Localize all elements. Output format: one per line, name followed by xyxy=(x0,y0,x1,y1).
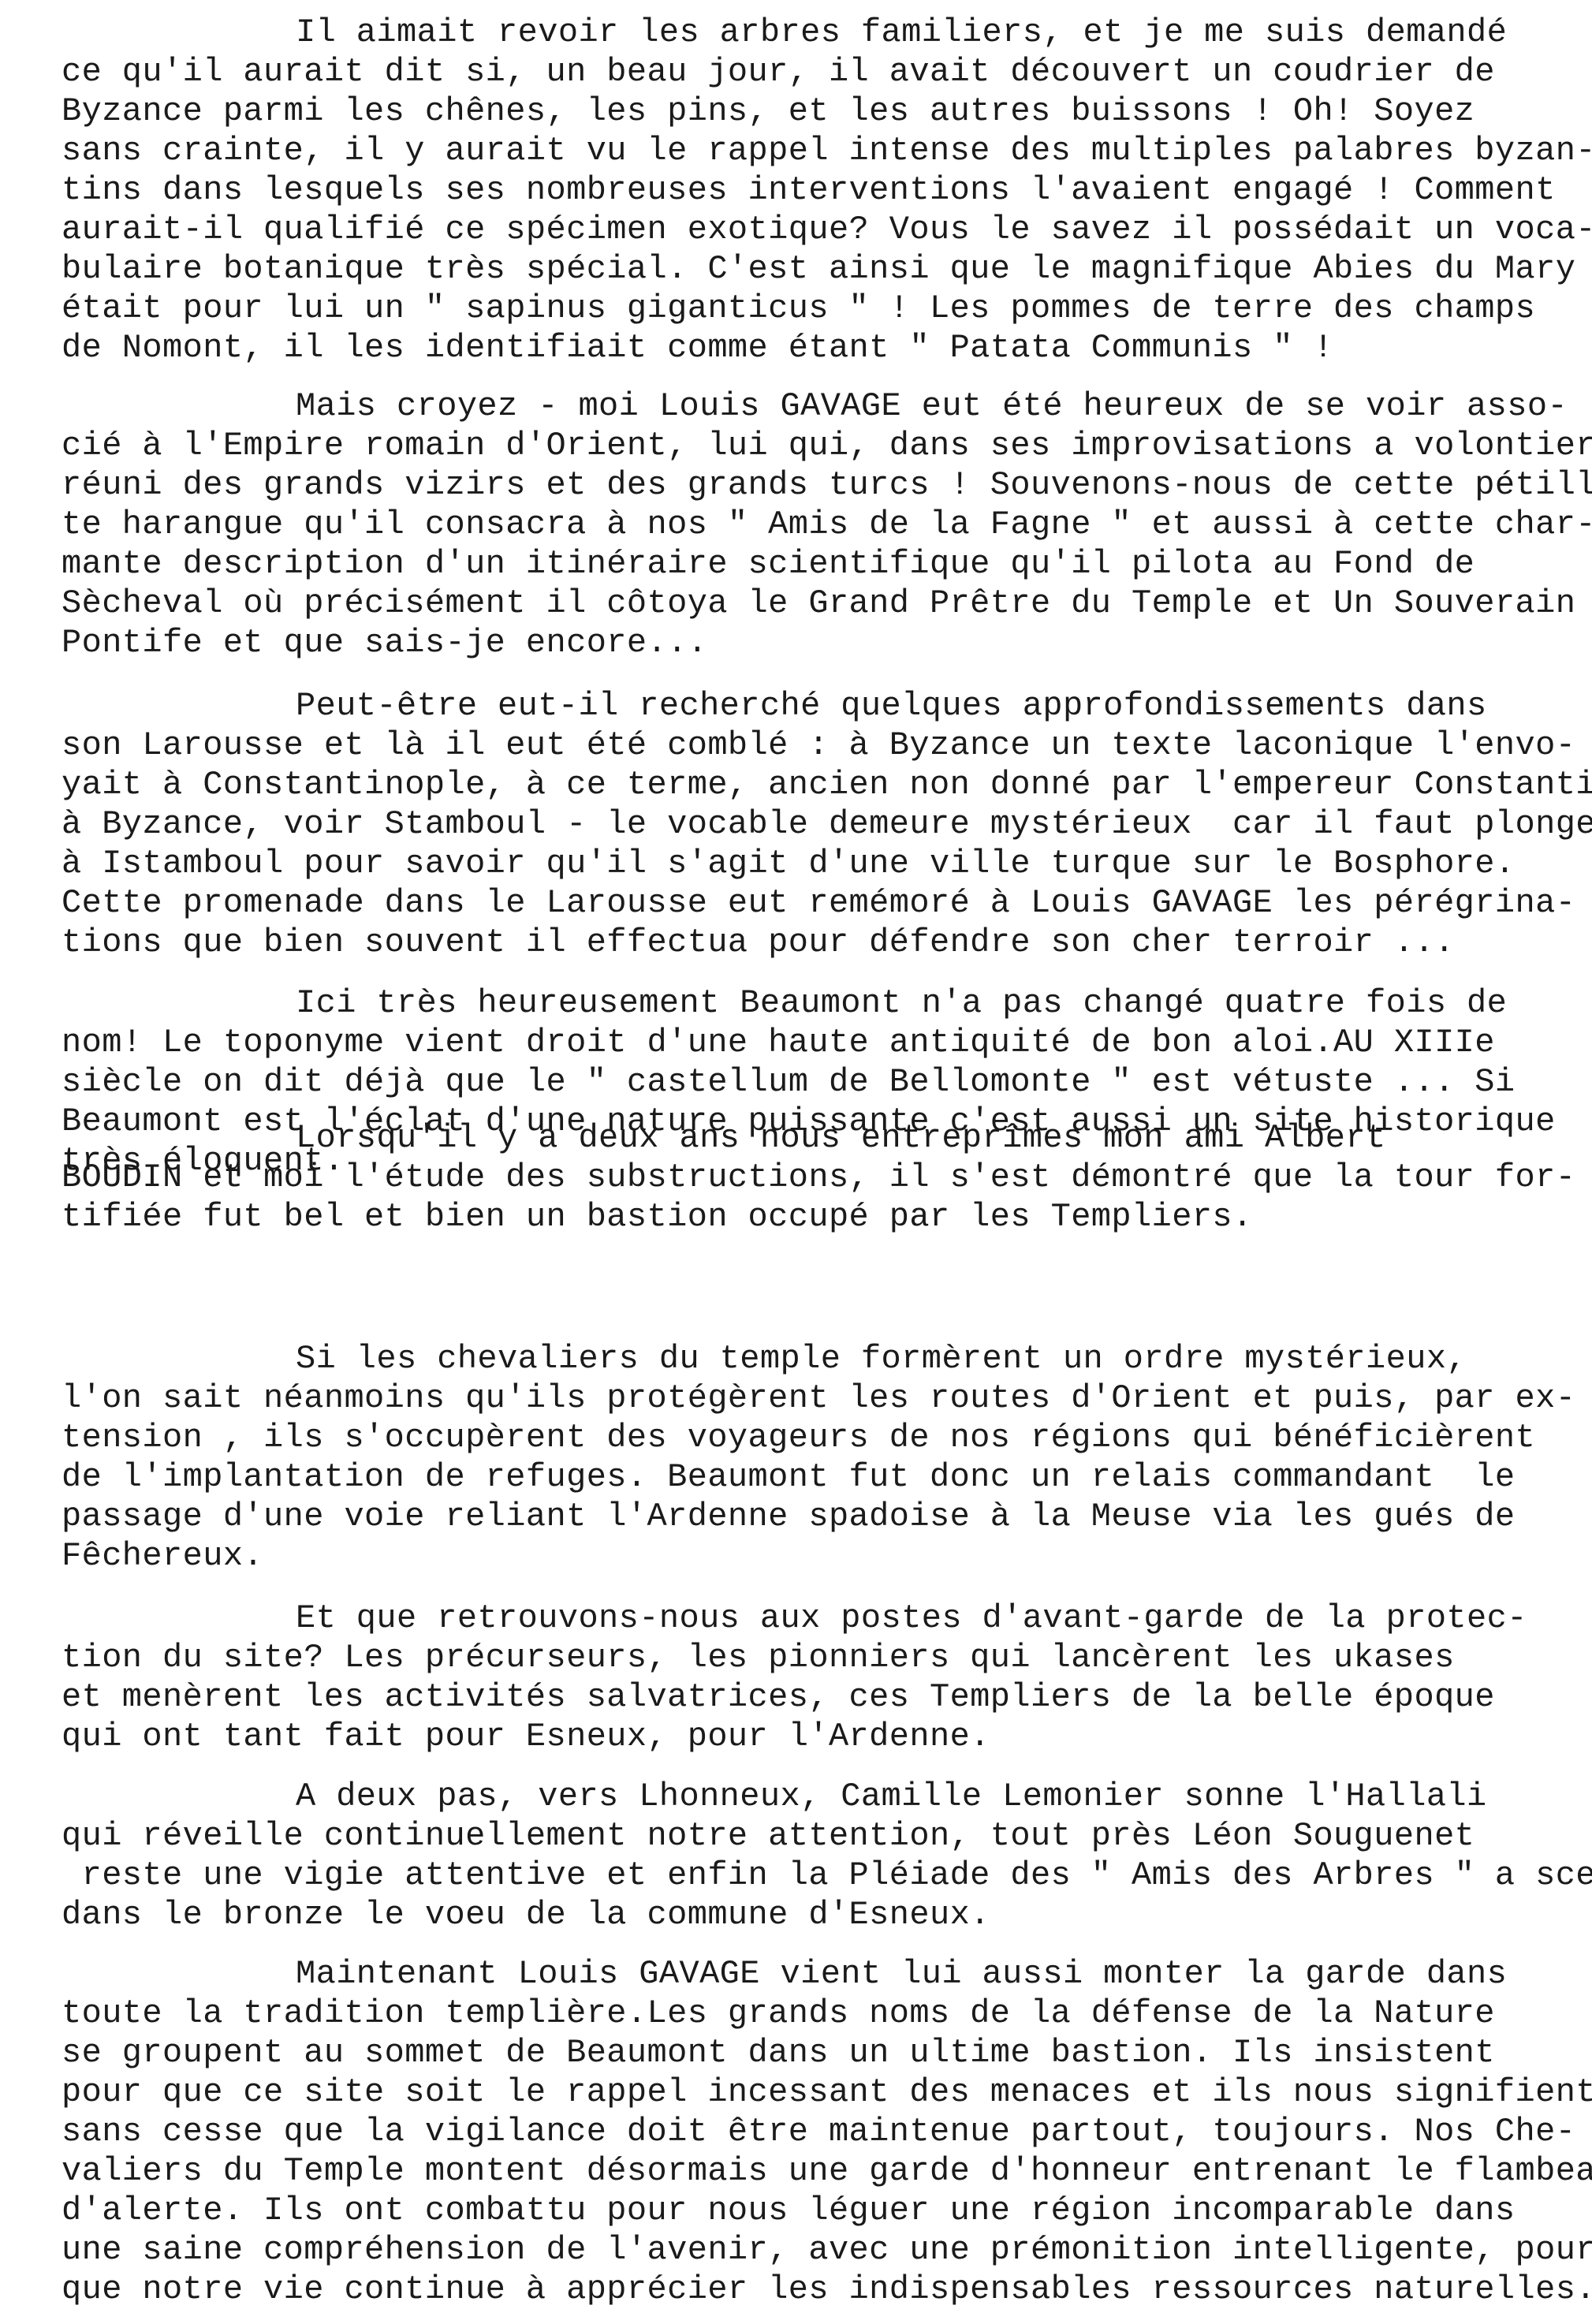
text-line: et menèrent les activités salvatrices, c… xyxy=(62,1677,1495,1717)
text-line: de l'implantation de refuges. Beaumont f… xyxy=(62,1457,1516,1497)
text-line: son Larousse et là il eut été comblé : à… xyxy=(62,726,1575,765)
text-line: à Istamboul pour savoir qu'il s'agit d'u… xyxy=(62,844,1516,883)
text-line: à Byzance, voir Stamboul - le vocable de… xyxy=(62,804,1592,844)
text-line: Maintenant Louis GAVAGE vient lui aussi … xyxy=(296,1954,1507,1994)
text-line: tion du site? Les précurseurs, les pionn… xyxy=(62,1638,1455,1677)
text-line: d'alerte. Ils ont combattu pour nous lég… xyxy=(62,2191,1516,2230)
text-line: toute la tradition templière.Les grands … xyxy=(62,1994,1495,2033)
text-line: se groupent au sommet de Beaumont dans u… xyxy=(62,2033,1495,2072)
text-line: reste une vigie attentive et enfin la Pl… xyxy=(62,1856,1592,1895)
text-line: tions que bien souvent il effectua pour … xyxy=(62,923,1455,962)
text-line: passage d'une voie reliant l'Ardenne spa… xyxy=(62,1497,1516,1536)
text-line: Byzance parmi les chênes, les pins, et l… xyxy=(62,91,1475,131)
text-line: l'on sait néanmoins qu'ils protégèrent l… xyxy=(62,1378,1575,1418)
text-line: tins dans lesquels ses nombreuses interv… xyxy=(62,170,1556,210)
text-line: sans crainte, il y aurait vu le rappel i… xyxy=(62,131,1592,170)
text-line: cié à l'Empire romain d'Orient, lui qui,… xyxy=(62,426,1592,465)
text-line: bulaire botanique très spécial. C'est ai… xyxy=(62,249,1575,289)
text-line: yait à Constantinople, à ce terme, ancie… xyxy=(62,765,1592,804)
text-line: Fêchereux. xyxy=(62,1536,263,1576)
text-line: tension , ils s'occupèrent des voyageurs… xyxy=(62,1418,1535,1457)
text-line: siècle on dit déjà que le " castellum de… xyxy=(62,1062,1516,1102)
text-line: qui ont tant fait pour Esneux, pour l'Ar… xyxy=(62,1717,990,1756)
text-line: Ici très heureusement Beaumont n'a pas c… xyxy=(296,983,1507,1023)
text-line: valiers du Temple montent désormais une … xyxy=(62,2151,1592,2191)
text-line: Et que retrouvons-nous aux postes d'avan… xyxy=(296,1598,1527,1638)
text-line: Pontife et que sais-je encore... xyxy=(62,623,707,662)
text-line: A deux pas, vers Lhonneux, Camille Lemon… xyxy=(296,1777,1487,1816)
text-line: une saine compréhension de l'avenir, ave… xyxy=(62,2230,1592,2270)
typewritten-page: Il aimait revoir les arbres familiers, e… xyxy=(0,0,1592,2324)
text-line: ce qu'il aurait dit si, un beau jour, il… xyxy=(62,52,1495,91)
text-line: Lorsqu'il y a deux ans nous entreprîmes … xyxy=(296,1118,1386,1158)
text-line: Peut-être eut-il recherché quelques appr… xyxy=(296,686,1487,726)
text-line: mante description d'un itinéraire scient… xyxy=(62,544,1475,584)
text-line: sans cesse que la vigilance doit être ma… xyxy=(62,2112,1575,2151)
text-line: réuni des grands vizirs et des grands tu… xyxy=(62,465,1592,505)
text-line: qui réveille continuellement notre atten… xyxy=(62,1816,1475,1856)
text-line: nom! Le toponyme vient droit d'une haute… xyxy=(62,1023,1495,1062)
text-line: pour que ce site soit le rappel incessan… xyxy=(62,2072,1592,2112)
text-line: dans le bronze le voeu de la commune d'E… xyxy=(62,1895,990,1934)
text-line: que notre vie continue à apprécier les i… xyxy=(62,2270,1592,2309)
text-line: BOUDIN et moi l'étude des substructions,… xyxy=(62,1158,1575,1197)
text-line: était pour lui un " sapinus giganticus "… xyxy=(62,289,1535,328)
text-line: de Nomont, il les identifiait comme étan… xyxy=(62,328,1333,367)
text-line: te harangue qu'il consacra à nos " Amis … xyxy=(62,505,1592,544)
text-line: Sècheval où précisément il côtoya le Gra… xyxy=(62,584,1575,623)
text-line: Cette promenade dans le Larousse eut rem… xyxy=(62,883,1575,923)
text-line: Il aimait revoir les arbres familiers, e… xyxy=(296,13,1507,52)
text-line: aurait-il qualifié ce spécimen exotique?… xyxy=(62,210,1592,249)
text-line: Si les chevaliers du temple formèrent un… xyxy=(296,1339,1467,1378)
text-line: Mais croyez - moi Louis GAVAGE eut été h… xyxy=(296,386,1568,426)
text-line: tifiée fut bel et bien un bastion occupé… xyxy=(62,1197,1253,1237)
